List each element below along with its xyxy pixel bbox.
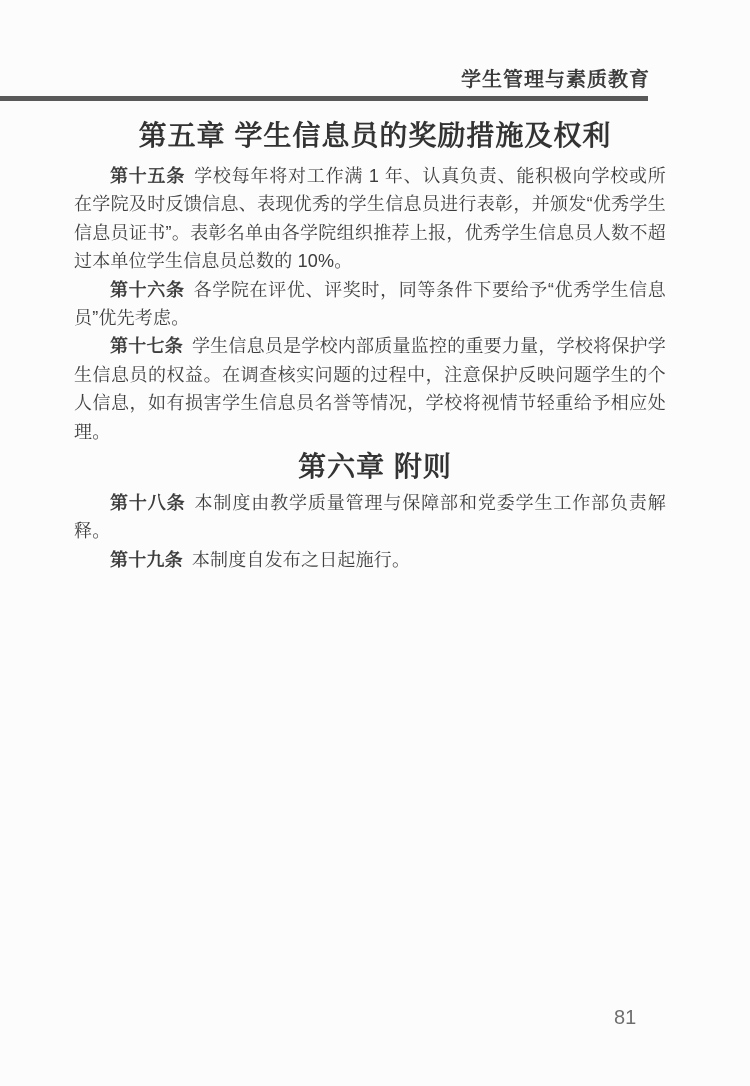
article-15: 第十五条学校每年将对工作满 1 年、认真负责、能积极向学校或所在学院及时反馈信息… xyxy=(74,162,666,276)
article-17: 第十七条学生信息员是学校内部质量监控的重要力量，学校将保护学生信息员的权益。在调… xyxy=(74,332,666,446)
chapter-6-body: 第十八条本制度由教学质量管理与保障部和党委学生工作部负责解释。 第十九条本制度自… xyxy=(74,489,666,574)
document-page: 学生管理与素质教育 第五章 学生信息员的奖励措施及权利 第十五条学校每年将对工作… xyxy=(0,0,750,1086)
article-16-label: 第十六条 xyxy=(110,280,185,300)
chapter-5-title: 第五章 学生信息员的奖励措施及权利 xyxy=(0,119,750,153)
article-19: 第十九条本制度自发布之日起施行。 xyxy=(74,546,666,574)
article-16: 第十六条各学院在评优、评奖时，同等条件下要给予“优秀学生信息员”优先考虑。 xyxy=(74,276,666,333)
article-18: 第十八条本制度由教学质量管理与保障部和党委学生工作部负责解释。 xyxy=(74,489,666,546)
page-number: 81 xyxy=(614,1005,636,1031)
article-17-label: 第十七条 xyxy=(110,336,183,356)
header-rule xyxy=(0,96,648,101)
article-15-label: 第十五条 xyxy=(110,166,185,186)
running-head: 学生管理与素质教育 xyxy=(461,67,650,93)
chapter-6-title: 第六章 附则 xyxy=(0,450,750,484)
article-18-label: 第十八条 xyxy=(110,493,186,513)
chapter-5-body: 第十五条学校每年将对工作满 1 年、认真负责、能积极向学校或所在学院及时反馈信息… xyxy=(74,162,666,446)
article-19-label: 第十九条 xyxy=(110,550,183,570)
article-19-text: 本制度自发布之日起施行。 xyxy=(192,550,410,570)
